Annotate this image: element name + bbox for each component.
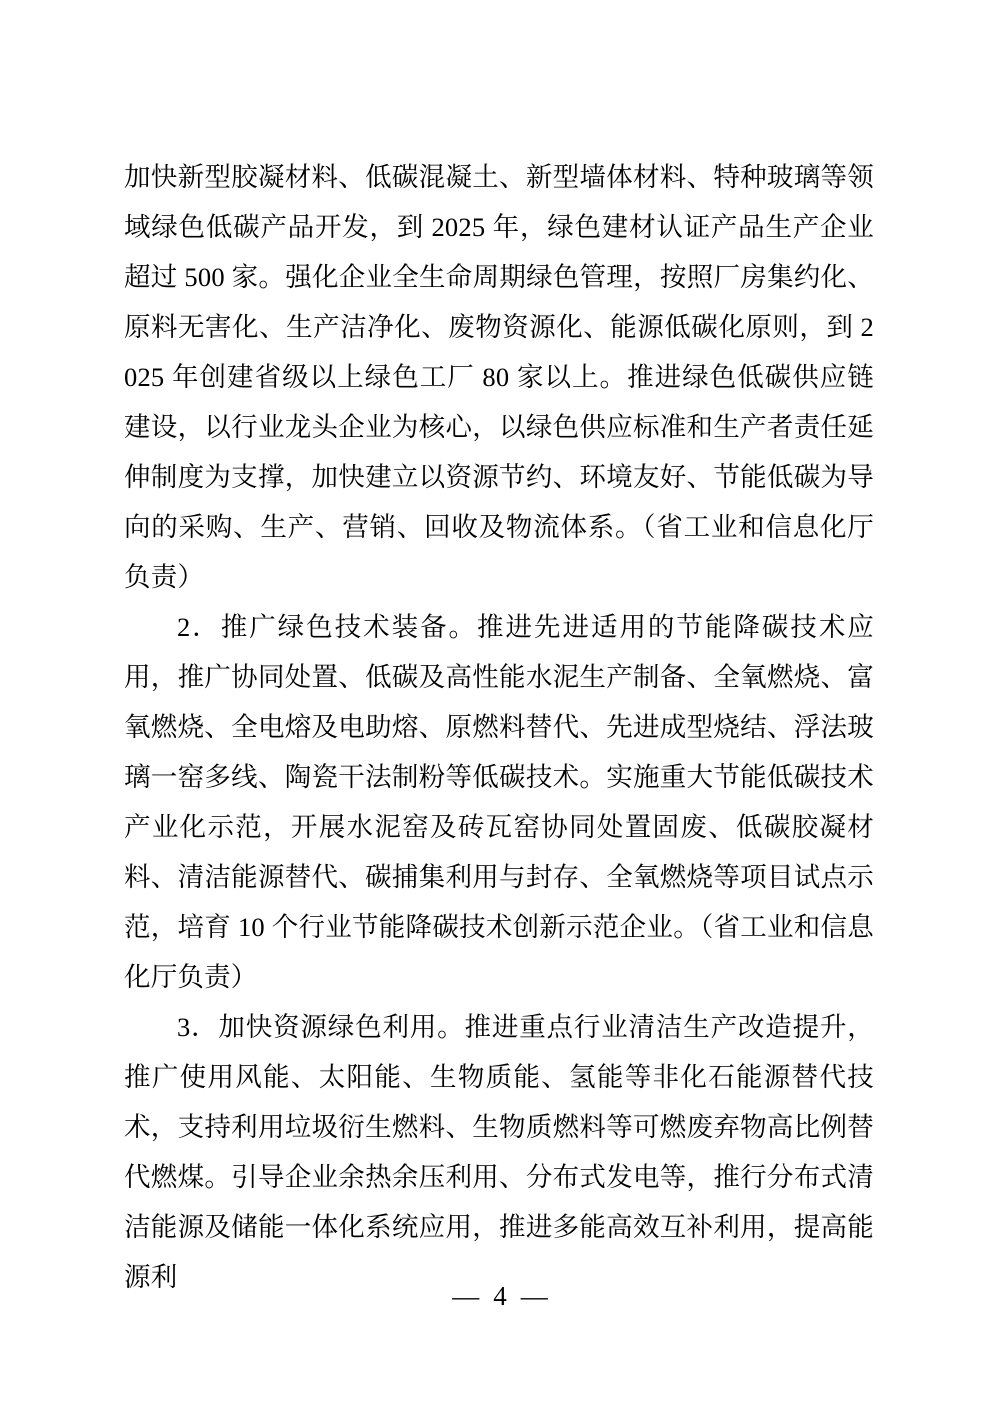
document-page: 加快新型胶凝材料、低碳混凝土、新型墙体材料、特种玻璃等领域绿色低碳产品开发，到 … [0,0,1000,1414]
document-body: 加快新型胶凝材料、低碳混凝土、新型墙体材料、特种玻璃等领域绿色低碳产品开发，到 … [124,152,874,1302]
paragraph: 2．推广绿色技术装备。推进先进适用的节能降碳技术应用，推广协同处置、低碳及高性能… [124,602,874,1002]
page-footer: —4— [0,1276,1000,1316]
page-number: 4 [493,1276,507,1316]
footer-right-dash: — [521,1276,548,1316]
footer-left-dash: — [452,1276,479,1316]
paragraph: 3．加快资源绿色利用。推进重点行业清洁生产改造提升，推广使用风能、太阳能、生物质… [124,1002,874,1302]
paragraph: 加快新型胶凝材料、低碳混凝土、新型墙体材料、特种玻璃等领域绿色低碳产品开发，到 … [124,152,874,602]
